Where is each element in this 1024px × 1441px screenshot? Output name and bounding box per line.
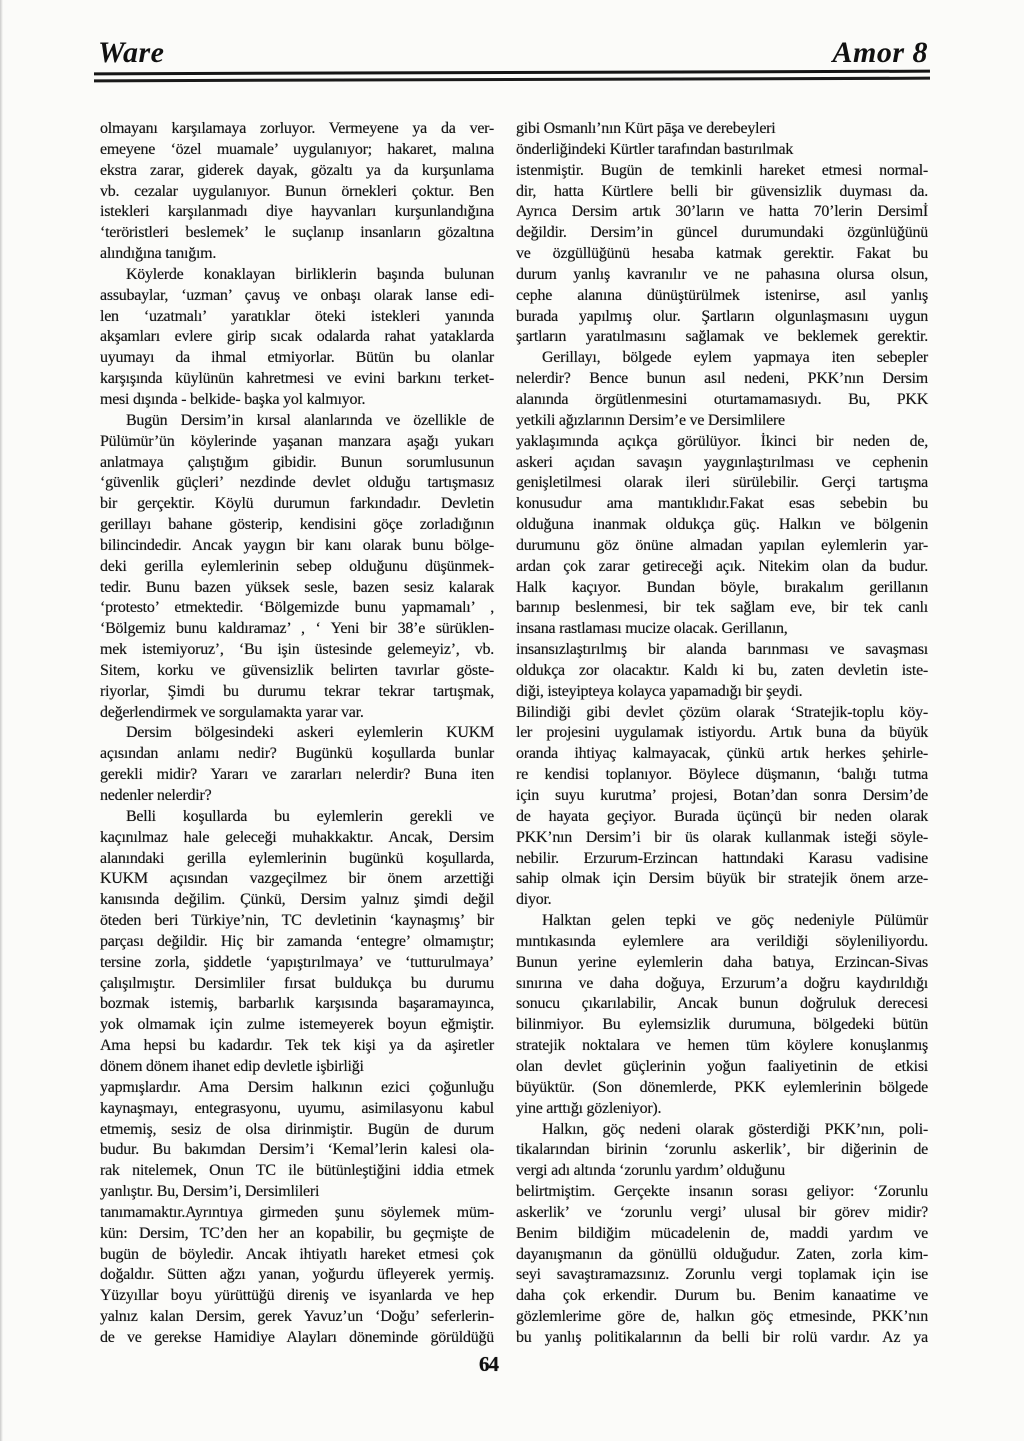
- text-line: diği, isteyipteya kolayca yapamadığı bir…: [516, 682, 928, 703]
- text-line: gibi Osmanlı’nın Kürt pāşa ve derebeyler…: [516, 119, 928, 140]
- text-line: riyorlar, Şimdi bu durumu tekrar tekrar …: [100, 682, 494, 703]
- paragraph: Dersim bölgesindeki askeri eylemlerin KU…: [100, 723, 494, 806]
- text-line: Sitem, korku ve güvensizlik belirten tav…: [100, 661, 494, 682]
- text-line: durum yanlış kavranılır ve ne pahasına o…: [516, 265, 928, 286]
- text-line: oldukça zor olacaktır. Kaldı ki bu, zate…: [516, 661, 928, 682]
- text-line: askerlik’ ve ‘zorunlu vergi’ ulusal bir …: [516, 1203, 928, 1224]
- paragraph: Halkın, göç nedeni olarak gösterdiği PKK…: [516, 1120, 928, 1349]
- article-body: olmayanı karşılamaya zorluyor. Vermeyene…: [100, 119, 928, 1349]
- text-line: uyumayı da ihmal etmiyorlar. Bütün bu ol…: [100, 348, 494, 369]
- text-line: Dersim bölgesindeki askeri eylemlerin KU…: [100, 723, 494, 744]
- text-line: istenmiştir. Bugün de temkinli hareket e…: [516, 161, 928, 182]
- text-line: Ama hepsi bu kadardır. Tek tek kişi ya d…: [100, 1036, 494, 1057]
- text-line: olmayanı karşılamaya zorluyor. Vermeyene…: [100, 119, 494, 140]
- text-line: çalışılmıştır. Dersimliler fırsat bulduk…: [100, 974, 494, 995]
- text-line: KUKM açısından vazgeçilmez bir önem arze…: [100, 869, 494, 890]
- text-line: kün: Dersim, TC’den her an kopabilir, bu…: [100, 1224, 494, 1245]
- text-line: mek istemiyoruz’, ‘Bu işin üstesinde gel…: [100, 640, 494, 661]
- text-line: parçası değildir. Hiç bir zamanda ‘enteg…: [100, 932, 494, 953]
- text-line: belirtmiştim. Gerçekte insanın sorası ge…: [516, 1182, 928, 1203]
- text-line: tedir. Bunu bazen yüksek sesle, bazen se…: [100, 578, 494, 599]
- header-double-rule: [94, 70, 930, 83]
- text-line: bilincindedir. Ancak yaygın bir kanı ola…: [100, 536, 494, 557]
- text-line: seyi savaştıramazsınız. Zorunlu vergi to…: [516, 1265, 928, 1286]
- right-column: gibi Osmanlı’nın Kürt pāşa ve derebeyler…: [516, 119, 928, 1349]
- text-line: ‘güvenlik güçleri’ nezdinde devlet olduğ…: [100, 473, 494, 494]
- text-line: assubaylar, ‘uzman’ çavuş ve onbaşı olar…: [100, 286, 494, 307]
- text-line: Belli koşullarda bu eylemlerin gerekli v…: [100, 807, 494, 828]
- paragraph: Bugün Dersim’in kırsal alanlarında ve öz…: [100, 411, 494, 724]
- text-line: ‘teröristleri beslemek’ le suçlanıp insa…: [100, 223, 494, 244]
- text-line: oranda ihtiyaç kalmayacak, çünkü artık h…: [516, 744, 928, 765]
- text-line: ardan çok zarar getireceği açık. Nitekim…: [516, 557, 928, 578]
- text-line: büyüktür. (Son dönemlerde, PKK eylemleri…: [516, 1078, 928, 1099]
- text-line: emeyene ‘özel muamale’ uygulanıyor; haka…: [100, 140, 494, 161]
- text-line: Ayrıca Dersim artık 30’ların ve hatta 70…: [516, 202, 928, 223]
- text-line: insansızlaştırılmış bir alanda barınması…: [516, 640, 928, 661]
- text-line: barınıp beslenmesi, bir tek sağlam eve, …: [516, 598, 928, 619]
- text-line: kaynaşmayı, entegrasyonu, uyumu, asimila…: [100, 1099, 494, 1120]
- page-header: Ware Amor 8: [98, 36, 928, 70]
- text-line: re kendisi toplanıyor. Böylece düşmanın,…: [516, 765, 928, 786]
- text-line: bilinmiyor. Bu eylemsizlik durumuna, böl…: [516, 1015, 928, 1036]
- text-line: öteden beri Türkiye’nin, TC devletinin ‘…: [100, 911, 494, 932]
- text-line: akşamları evlere girip sıcak odalarda ra…: [100, 327, 494, 348]
- text-line: gerekli midir? Yararı ve zararları neler…: [100, 765, 494, 786]
- text-line: vb. cezalar uygulanıyor. Bunun örnekleri…: [100, 182, 494, 203]
- paragraph: Köylerde konaklayan birliklerin başında …: [100, 265, 494, 411]
- text-line: ‘Bölgemiz bunu kaldıramaz’ , ‘ Yeni bir …: [100, 619, 494, 640]
- text-line: yanlıştır. Bu, Dersim’i, Dersimlileri: [100, 1182, 494, 1203]
- text-line: tikalarından birinin ‘zorunlu askerlik’,…: [516, 1140, 928, 1161]
- text-line: anlatmaya çalıştığım gibidir. Bunun soru…: [100, 453, 494, 474]
- text-line: konusudur ama mantıklıdır.Fakat esas seb…: [516, 494, 928, 515]
- journal-title-left: Ware: [98, 36, 164, 70]
- text-line: alındığına tanığım.: [100, 244, 494, 265]
- text-line: bozmak istemiş, barbarlık karşısında baş…: [100, 994, 494, 1015]
- text-line: Halktan gelen tepki ve göç nedeniyle Pül…: [516, 911, 928, 932]
- text-line: etmemiş, sesiz de olsa dirinmiştir. Bugü…: [100, 1120, 494, 1141]
- issue-title-right: Amor 8: [832, 36, 928, 70]
- text-line: daha çok erkendir. Durum bu. Benim kanaa…: [516, 1286, 928, 1307]
- text-line: doğaldır. Sütten ağzı yanan, yoğurdu üfl…: [100, 1265, 494, 1286]
- text-line: dir, hatta Kürtlere belli bir güvensizli…: [516, 182, 928, 203]
- text-line: sahip olmak için Dersim büyük bir strate…: [516, 869, 928, 890]
- text-line: de hayata geçiyor. Burada üçünçü bir ned…: [516, 807, 928, 828]
- text-line: alanındaki gerilla eylemlerinin bugünkü …: [100, 849, 494, 870]
- text-line: yalnız kalan Dersim, gerek Yavuz’un ‘Doğ…: [100, 1307, 494, 1328]
- text-line: tanımamaktır.Ayrıntıya girmeden şunu söy…: [100, 1203, 494, 1224]
- text-line: yapmışlardır. Ama Dersim halkının ezici …: [100, 1078, 494, 1099]
- text-line: Bilindiği gibi devlet çözüm olarak ‘Stra…: [516, 703, 928, 724]
- paragraph: Halktan gelen tepki ve göç nedeniyle Pül…: [516, 911, 928, 1119]
- text-line: dönem dönem ihanet edip devletle işbirli…: [100, 1057, 494, 1078]
- paragraph: Belli koşullarda bu eylemlerin gerekli v…: [100, 807, 494, 1349]
- text-line: kaçınılmaz hale geleceği muhakkaktır. An…: [100, 828, 494, 849]
- paragraph: Gerillayı, bölgede eylem yapmaya iten se…: [516, 348, 928, 911]
- text-line: nelerdir? Bence bunun asıl nedeni, PKK’n…: [516, 369, 928, 390]
- text-line: budur. Bu bakımdan Dersim’i ‘Kemal’lerin…: [100, 1140, 494, 1161]
- text-line: olan devlet güçlerinin yoğun faaliyetini…: [516, 1057, 928, 1078]
- text-line: yaklaşımında açıkça görülüyor. İkinci bi…: [516, 432, 928, 453]
- text-line: ekstra zarar, giderek dayak, gözaltı ya …: [100, 161, 494, 182]
- text-line: Gerillayı, bölgede eylem yapmaya iten se…: [516, 348, 928, 369]
- text-line: istekleri karşılanmadı diye hayvanları k…: [100, 202, 494, 223]
- text-line: değerlendirmek ve sorgulamakta yarar var…: [100, 703, 494, 724]
- text-line: stratejik noktalara ve hemen tüm köylere…: [516, 1036, 928, 1057]
- text-line: tersine zorla, şiddetle ‘yapıştırılmaya’…: [100, 953, 494, 974]
- paragraph: gibi Osmanlı’nın Kürt pāşa ve derebeyler…: [516, 119, 928, 348]
- text-line: şartların yaratılmasını sağlamak ve bekl…: [516, 327, 928, 348]
- text-line: askeri açıdan savaşın yaygınlaştırılması…: [516, 453, 928, 474]
- text-line: Benim bildiğim mücadelenin de, maddi yar…: [516, 1224, 928, 1245]
- text-line: ler projesini uygulamak istiyordu. Artık…: [516, 723, 928, 744]
- text-line: Bunun yerine eylemlerin daha batıya, Erz…: [516, 953, 928, 974]
- text-line: açısından anlamı nedir? Bugünkü koşullar…: [100, 744, 494, 765]
- left-column: olmayanı karşılamaya zorluyor. Vermeyene…: [100, 119, 494, 1349]
- document-page: Ware Amor 8 olmayanı karşılamaya zorluyo…: [0, 0, 1024, 1441]
- text-line: durumunu göz önüne almadan yapılan eylem…: [516, 536, 928, 557]
- text-line: için suyu kurutma’ projesi, Botan’dan so…: [516, 786, 928, 807]
- text-line: sonucu çıkarılabilir, Ancak bunun doğrul…: [516, 994, 928, 1015]
- text-line: ‘protesto’ etmektedir. ‘Bölgemizde bunu …: [100, 598, 494, 619]
- text-line: genişletilmesi olarak ileri sürülebilir.…: [516, 473, 928, 494]
- text-line: yetkili ağızlarının Dersim’e ve Dersimli…: [516, 411, 928, 432]
- text-line: PKK’nın Dersim’i bir üs olarak kullanmak…: [516, 828, 928, 849]
- text-line: Halkın, göç nedeni olarak gösterdiği PKK…: [516, 1120, 928, 1141]
- text-line: Pülümür’ün köylerinde yaşanan manzara aş…: [100, 432, 494, 453]
- text-line: Bugün Dersim’in kırsal alanlarında ve öz…: [100, 411, 494, 432]
- text-line: insana rastlaması mucize olacak. Gerilla…: [516, 619, 928, 640]
- text-line: de ve gerekse Hamidiye Alayları dönemind…: [100, 1328, 494, 1349]
- text-line: mıntıkasında eylemlere ara verildiği söy…: [516, 932, 928, 953]
- text-line: nebilir. Erzurum-Erzincan hattındaki Kar…: [516, 849, 928, 870]
- text-line: bir gerçektir. Köylü durumun farkındadır…: [100, 494, 494, 515]
- text-line: vergi adı altında ‘zorunlu yardım’ olduğ…: [516, 1161, 928, 1182]
- text-line: kanısında değilim. Çünkü, Dersim yalnız …: [100, 890, 494, 911]
- page-number: 64: [479, 1352, 498, 1377]
- text-line: burada yapılmış olur. Şartların olgunlaş…: [516, 307, 928, 328]
- text-line: sınırına ve daha doğuya, Erzurum’a doğru…: [516, 974, 928, 995]
- text-line: cephe alanına dünüştürülmek istenirse, a…: [516, 286, 928, 307]
- text-line: olduğuna inanmak oldukça güç. Halkın ve …: [516, 515, 928, 536]
- text-line: mesi dışında - belkide- başka yol kalmıy…: [100, 390, 494, 411]
- text-line: gerillayı bahane gösterip, kendisini göç…: [100, 515, 494, 536]
- text-line: yok olmamak için zulme istemeyerek boyun…: [100, 1015, 494, 1036]
- text-line: karşışında küylünün kahretmesi ve evini …: [100, 369, 494, 390]
- text-line: değildir. Dersim’in güncel durumundaki ö…: [516, 223, 928, 244]
- text-line: önderliğindeki Kürtler tarafından bastır…: [516, 140, 928, 161]
- text-line: deki gerilla eylemlerinin sebep olduğunu…: [100, 557, 494, 578]
- paragraph: olmayanı karşılamaya zorluyor. Vermeyene…: [100, 119, 494, 265]
- text-line: nedenler nelerdir?: [100, 786, 494, 807]
- text-line: diyor.: [516, 890, 928, 911]
- text-line: alanında örgütlenmesini oturtamamasıydı.…: [516, 390, 928, 411]
- text-line: bu yanlış politikalarının da belli bir r…: [516, 1328, 928, 1349]
- text-line: Yüzyıllar boyu yürüttüğü direniş ve isya…: [100, 1286, 494, 1307]
- text-line: rak nitelemek, Onun TC ile bütünleştiğin…: [100, 1161, 494, 1182]
- text-line: bugün de böyledir. Ancak ihtiyatlı harek…: [100, 1245, 494, 1266]
- text-line: Köylerde konaklayan birliklerin başında …: [100, 265, 494, 286]
- text-line: gözlemlerime göre de, halkın göç etmesin…: [516, 1307, 928, 1328]
- text-line: dayanışmanın da gönüllü olduğudur. Zaten…: [516, 1245, 928, 1266]
- text-line: yine arttığı gözleniyor).: [516, 1099, 928, 1120]
- text-line: Halk kaçıyor. Bundan böyle, bırakalım ge…: [516, 578, 928, 599]
- text-line: len ‘uzatmalı’ yaratıklar öteki istekler…: [100, 307, 494, 328]
- text-line: ve özgüllüğünü hesaba katmak gerektir. F…: [516, 244, 928, 265]
